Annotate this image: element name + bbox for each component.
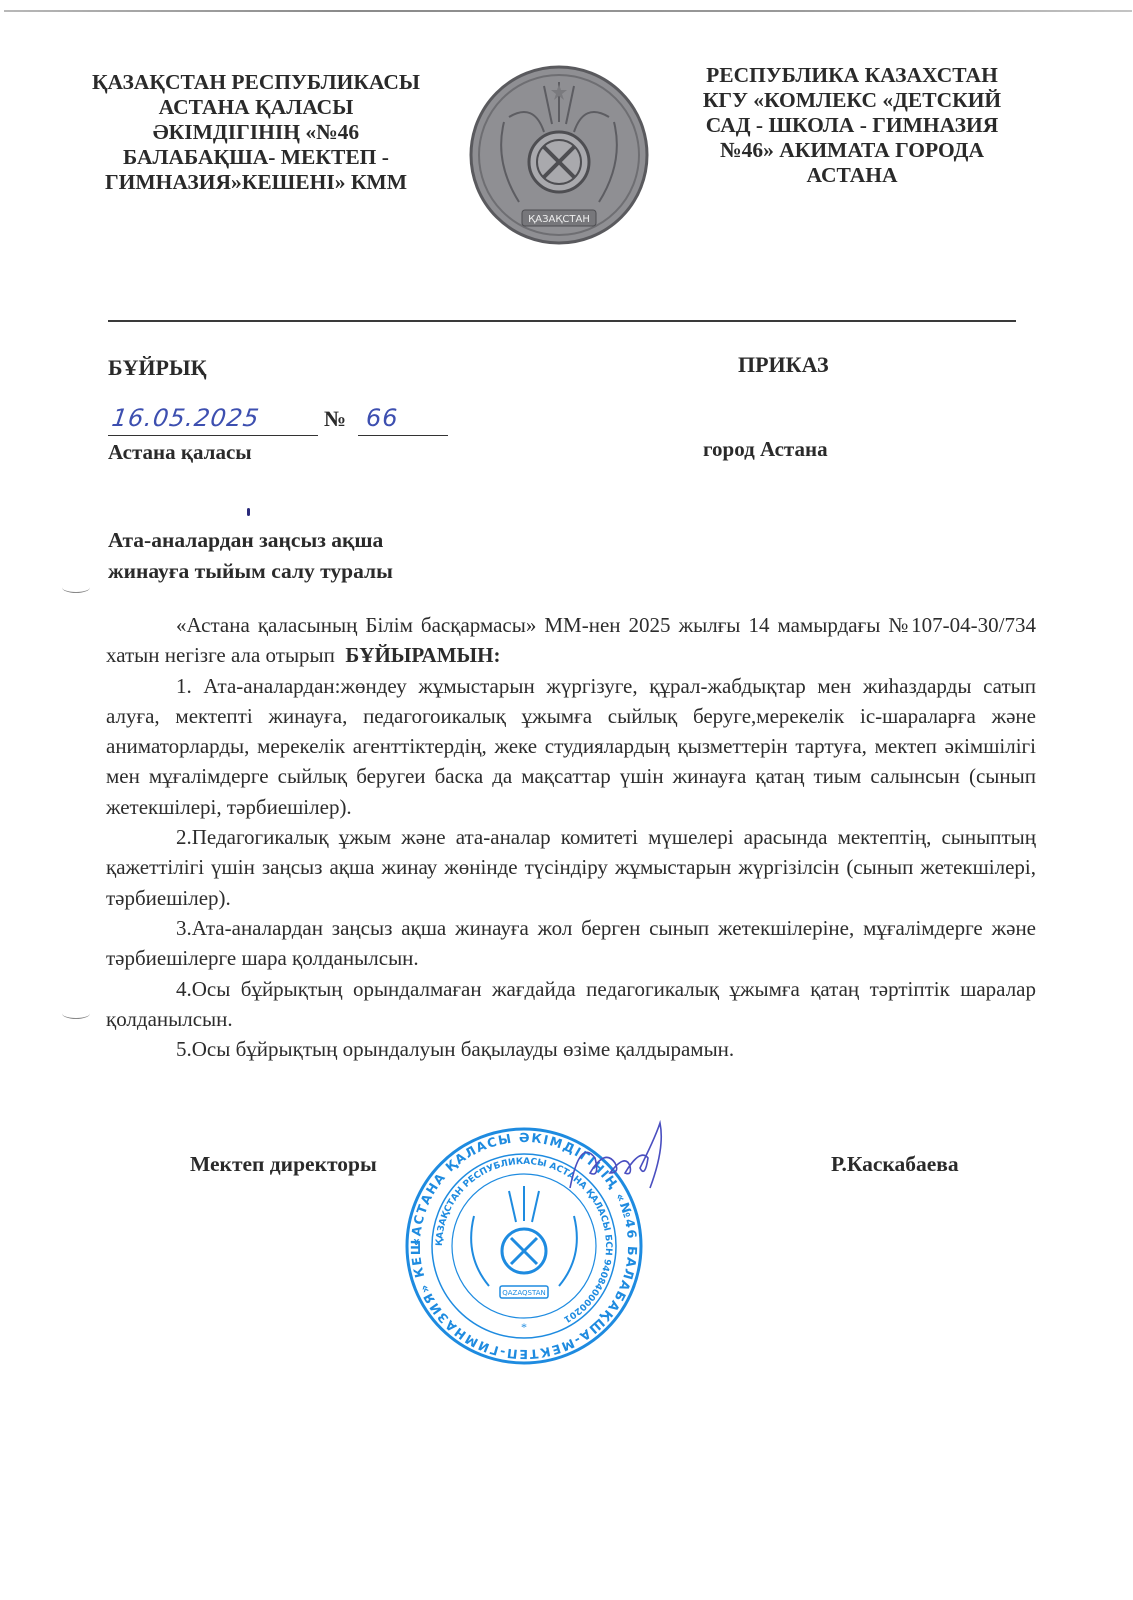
order-item-5: 5.Осы бұйрықтың орындалуын бақылауды өзі… bbox=[106, 1034, 1036, 1064]
order-title-russian: ПРИКАЗ bbox=[738, 352, 829, 378]
signatory-role: Мектеп директоры bbox=[190, 1152, 377, 1177]
order-item-2: 2.Педагогикалық ұжым және ата-аналар ком… bbox=[106, 822, 1036, 913]
svg-text:*: * bbox=[521, 1320, 527, 1334]
svg-text:ҚАЗАҚСТАН: ҚАЗАҚСТАН bbox=[528, 214, 590, 225]
place-russian: город Астана bbox=[703, 437, 828, 462]
handwritten-order-number: 66 bbox=[366, 404, 399, 432]
order-subject: Ата-аналардан заңсыз ақша жинауға тыйым … bbox=[108, 525, 393, 587]
number-underline bbox=[358, 435, 448, 437]
decree-word: БҰЙЫРАМЫН: bbox=[345, 643, 500, 667]
preamble-text: «Астана қаласының Білім басқармасы» ММ-н… bbox=[106, 613, 1036, 667]
place-kazakh: Астана қаласы bbox=[108, 440, 252, 465]
number-sign: № bbox=[324, 406, 346, 432]
preamble: «Астана қаласының Білім басқармасы» ММ-н… bbox=[106, 610, 1036, 671]
date-underline bbox=[108, 435, 318, 437]
order-body: «Астана қаласының Білім басқармасы» ММ-н… bbox=[106, 610, 1036, 1064]
header-russian-institution: РЕСПУБЛИКА КАЗАХСТАН КГУ «КОМЛЕКС «ДЕТСК… bbox=[672, 63, 1032, 188]
header-divider bbox=[108, 320, 1016, 322]
signatory-name: Р.Каскабаева bbox=[831, 1152, 959, 1177]
kazakhstan-emblem-icon: ҚАЗАҚСТАН bbox=[464, 62, 654, 248]
hole-punch-mark bbox=[62, 582, 90, 593]
svg-text:QAZAQSTAN: QAZAQSTAN bbox=[502, 1289, 545, 1297]
order-title-kazakh: БҰЙРЫҚ bbox=[108, 355, 207, 381]
order-date-number-row: 16.05.2025 № 66 bbox=[108, 400, 444, 436]
order-item-3: 3.Ата-аналардан заңсыз ақша жинауға жол … bbox=[106, 913, 1036, 974]
order-item-1: 1. Ата-аналардан:жөндеу жұмыстарын жүргі… bbox=[106, 671, 1036, 822]
hole-punch-mark bbox=[62, 1008, 90, 1019]
ink-mark bbox=[247, 508, 250, 516]
handwritten-date: 16.05.2025 bbox=[110, 404, 261, 432]
scan-edge-line bbox=[4, 10, 1132, 12]
handwritten-signature bbox=[560, 1118, 670, 1208]
order-item-4: 4.Осы бұйрықтың орындалмаған жағдайда пе… bbox=[106, 974, 1036, 1035]
header-kazakh-institution: ҚАЗАҚСТАН РЕСПУБЛИКАСЫ АСТАНА ҚАЛАСЫ ӘКІ… bbox=[72, 70, 440, 195]
